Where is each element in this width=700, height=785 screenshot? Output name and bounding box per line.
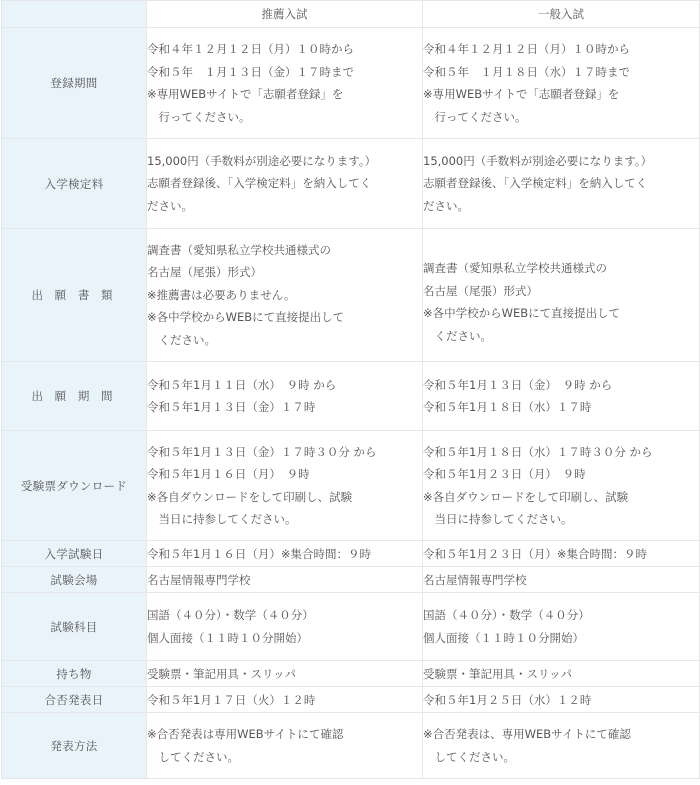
row-label: 入学検定料 xyxy=(2,139,147,229)
cell-line: 名古屋（尾張）形式） xyxy=(423,280,699,303)
cell-line: 令和５年1月１３日（金） ９時 から xyxy=(423,374,699,397)
table-row-registration-period: 登録期間 令和４年１２月１２日（月）１０時から 令和５年 １月１３日（金）１７時… xyxy=(2,28,700,139)
cell-line: 令和５年1月２３日（月） ９時 xyxy=(423,463,699,486)
cell-line: ださい。 xyxy=(147,195,422,218)
cell-line: 令和５年1月１１日（水） ９時 から xyxy=(147,374,422,397)
cell-line: ださい。 xyxy=(423,195,699,218)
cell-line: 名古屋（尾張）形式） xyxy=(147,261,422,284)
cell-line: ※専用WEBサイトで「志願者登録」を xyxy=(423,83,699,106)
general-cell: 国語（４０分）・数学（４０分） 個人面接（１１時１０分開始） xyxy=(423,593,700,661)
recommendation-cell: 15,000円（手数料が別途必要になります。） 志願者登録後、「入学検定料」を納… xyxy=(147,139,423,229)
cell-line: 当日に持参してください。 xyxy=(423,508,699,531)
general-cell: 令和５年1月１８日（水）１７時３０分 から 令和５年1月２３日（月） ９時 ※各… xyxy=(423,431,700,541)
cell-line: 行ってください。 xyxy=(423,106,699,129)
table-row-application-period: 出 願 期 間 令和５年1月１１日（水） ９時 から 令和５年1月１３日（金）１… xyxy=(2,362,700,431)
row-label: 入学試験日 xyxy=(2,541,147,567)
recommendation-cell: 調査書（愛知県私立学校共通様式の 名古屋（尾張）形式） ※推薦書は必要ありません… xyxy=(147,229,423,362)
row-label: 試験科目 xyxy=(2,593,147,661)
general-cell: ※合否発表は、専用WEBサイトにて確認 してください。 xyxy=(423,713,700,779)
cell-line: ※各自ダウンロードをして印刷し、試験 xyxy=(423,486,699,509)
cell-line: 志願者登録後、「入学検定料」を納入してく xyxy=(147,172,422,195)
recommendation-cell: 名古屋情報専門学校 xyxy=(147,567,423,593)
cell-line: 15,000円（手数料が別途必要になります。） xyxy=(423,150,699,173)
header-corner xyxy=(2,1,147,28)
row-label: 出 願 期 間 xyxy=(2,362,147,431)
recommendation-cell: 令和５年1月１７日（火）１２時 xyxy=(147,687,423,713)
cell-line: 令和５年1月１６日（月）※集合時間：９時 xyxy=(147,542,422,566)
cell-line: 個人面接（１１時１０分開始） xyxy=(423,627,699,650)
recommendation-cell: 国語（４０分）・数学（４０分） 個人面接（１１時１０分開始） xyxy=(147,593,423,661)
cell-line: ※専用WEBサイトで「志願者登録」を xyxy=(147,83,422,106)
general-cell: 調査書（愛知県私立学校共通様式の 名古屋（尾張）形式） ※各中学校からWEBにて… xyxy=(423,229,700,362)
cell-line: 令和４年１２月１２日（月）１０時から xyxy=(147,38,422,61)
recommendation-cell: 令和５年1月１３日（金）１７時３０分 から 令和５年1月１６日（月） ９時 ※各… xyxy=(147,431,423,541)
recommendation-cell: 令和４年１２月１２日（月）１０時から 令和５年 １月１３日（金）１７時まで ※専… xyxy=(147,28,423,139)
cell-line: 令和５年1月１３日（金）１７時 xyxy=(147,396,422,419)
admission-schedule-table: 推薦入試 一般入試 登録期間 令和４年１２月１２日（月）１０時から 令和５年 １… xyxy=(1,0,700,779)
cell-line: 令和５年1月２５日（水）１２時 xyxy=(423,688,699,712)
cell-line: 令和５年1月２３日（月）※集合時間：９時 xyxy=(423,542,699,566)
general-cell: 令和５年1月２５日（水）１２時 xyxy=(423,687,700,713)
cell-line: 名古屋情報専門学校 xyxy=(423,568,699,592)
cell-line: 令和５年 １月１８日（水）１７時まで xyxy=(423,61,699,84)
cell-line: 個人面接（１１時１０分開始） xyxy=(147,627,422,650)
row-label: 発表方法 xyxy=(2,713,147,779)
general-cell: 名古屋情報専門学校 xyxy=(423,567,700,593)
cell-line: 受験票・筆記用具・スリッパ xyxy=(147,662,422,686)
table-row-exam-subjects: 試験科目 国語（４０分）・数学（４０分） 個人面接（１１時１０分開始） 国語（４… xyxy=(2,593,700,661)
cell-line: 令和５年1月１８日（水）１７時３０分 から xyxy=(423,441,699,464)
table-row-result-date: 合否発表日 令和５年1月１７日（火）１２時 令和５年1月２５日（水）１２時 xyxy=(2,687,700,713)
general-cell: 受験票・筆記用具・スリッパ xyxy=(423,661,700,687)
cell-line: 国語（４０分）・数学（４０分） xyxy=(147,604,422,627)
cell-line: ※推薦書は必要ありません。 xyxy=(147,284,422,307)
general-cell: 令和５年1月２３日（月）※集合時間：９時 xyxy=(423,541,700,567)
cell-line: 令和５年1月１６日（月） ９時 xyxy=(147,463,422,486)
cell-line: 令和４年１２月１２日（月）１０時から xyxy=(423,38,699,61)
cell-line: ※各自ダウンロードをして印刷し、試験 xyxy=(147,486,422,509)
table-row-admission-ticket-download: 受験票ダウンロード 令和５年1月１３日（金）１７時３０分 から 令和５年1月１６… xyxy=(2,431,700,541)
cell-line: 行ってください。 xyxy=(147,106,422,129)
cell-line: 受験票・筆記用具・スリッパ xyxy=(423,662,699,686)
row-label: 持ち物 xyxy=(2,661,147,687)
cell-line: 名古屋情報専門学校 xyxy=(147,568,422,592)
row-label: 出 願 書 類 xyxy=(2,229,147,362)
cell-line: してください。 xyxy=(423,746,699,769)
cell-line: ※合否発表は、専用WEBサイトにて確認 xyxy=(423,723,699,746)
cell-line: ※各中学校からWEBにて直接提出して xyxy=(423,302,699,325)
cell-line: ※合否発表は専用WEBサイトにて確認 xyxy=(147,723,422,746)
cell-line: 当日に持参してください。 xyxy=(147,508,422,531)
cell-line: ください。 xyxy=(423,325,699,348)
general-cell: 15,000円（手数料が別途必要になります。） 志願者登録後、「入学検定料」を納… xyxy=(423,139,700,229)
cell-line: ください。 xyxy=(147,329,422,352)
cell-line: 志願者登録後、「入学検定料」を納入してく xyxy=(423,172,699,195)
cell-line: 令和５年1月１７日（火）１２時 xyxy=(147,688,422,712)
row-label: 試験会場 xyxy=(2,567,147,593)
table-row-items-to-bring: 持ち物 受験票・筆記用具・スリッパ 受験票・筆記用具・スリッパ xyxy=(2,661,700,687)
header-general: 一般入試 xyxy=(423,1,700,28)
row-label: 受験票ダウンロード xyxy=(2,431,147,541)
cell-line: 調査書（愛知県私立学校共通様式の xyxy=(423,257,699,280)
recommendation-cell: ※合否発表は専用WEBサイトにて確認 してください。 xyxy=(147,713,423,779)
table-row-exam-date: 入学試験日 令和５年1月１６日（月）※集合時間：９時 令和５年1月２３日（月）※… xyxy=(2,541,700,567)
general-cell: 令和５年1月１３日（金） ９時 から 令和５年1月１８日（水）１７時 xyxy=(423,362,700,431)
recommendation-cell: 令和５年1月１６日（月）※集合時間：９時 xyxy=(147,541,423,567)
recommendation-cell: 受験票・筆記用具・スリッパ xyxy=(147,661,423,687)
recommendation-cell: 令和５年1月１１日（水） ９時 から 令和５年1月１３日（金）１７時 xyxy=(147,362,423,431)
cell-line: 令和５年 １月１３日（金）１７時まで xyxy=(147,61,422,84)
general-cell: 令和４年１２月１２日（月）１０時から 令和５年 １月１８日（水）１７時まで ※専… xyxy=(423,28,700,139)
header-row: 推薦入試 一般入試 xyxy=(2,1,700,28)
cell-line: 令和５年1月１８日（水）１７時 xyxy=(423,396,699,419)
cell-line: してください。 xyxy=(147,746,422,769)
cell-line: 令和５年1月１３日（金）１７時３０分 から xyxy=(147,441,422,464)
table-row-exam-venue: 試験会場 名古屋情報専門学校 名古屋情報専門学校 xyxy=(2,567,700,593)
cell-line: 調査書（愛知県私立学校共通様式の xyxy=(147,239,422,262)
header-recommendation: 推薦入試 xyxy=(147,1,423,28)
table-row-announcement-method: 発表方法 ※合否発表は専用WEBサイトにて確認 してください。 ※合否発表は、専… xyxy=(2,713,700,779)
cell-line: 15,000円（手数料が別途必要になります。） xyxy=(147,150,422,173)
table-row-application-documents: 出 願 書 類 調査書（愛知県私立学校共通様式の 名古屋（尾張）形式） ※推薦書… xyxy=(2,229,700,362)
table-row-exam-fee: 入学検定料 15,000円（手数料が別途必要になります。） 志願者登録後、「入学… xyxy=(2,139,700,229)
row-label: 合否発表日 xyxy=(2,687,147,713)
cell-line: ※各中学校からWEBにて直接提出して xyxy=(147,306,422,329)
row-label: 登録期間 xyxy=(2,28,147,139)
cell-line: 国語（４０分）・数学（４０分） xyxy=(423,604,699,627)
